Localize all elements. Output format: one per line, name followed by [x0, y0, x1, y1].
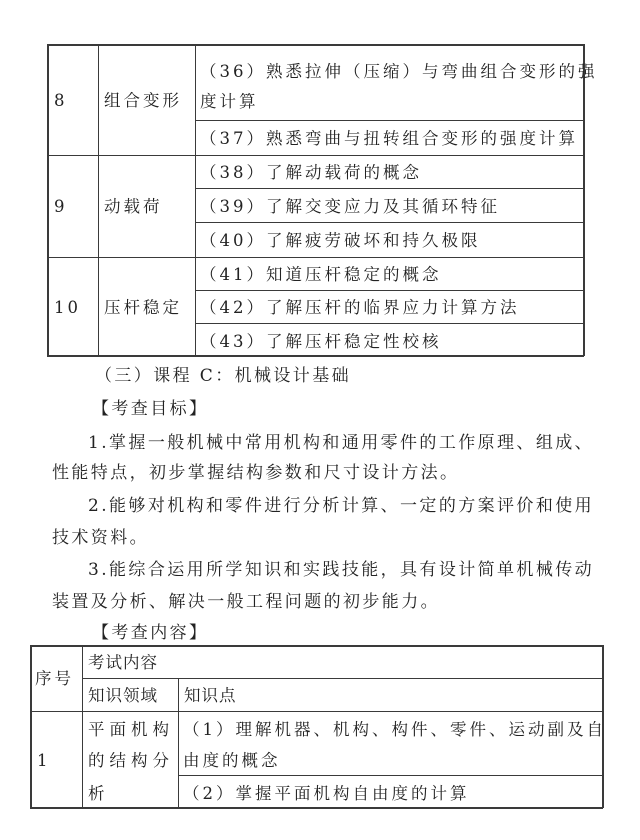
table-border [47, 44, 584, 46]
knowledge-point: 度计算 [200, 85, 259, 118]
header-knowledge-points: 知识点 [184, 679, 237, 712]
objective-item: 性能特点，初步掌握结构参数和尺寸设计方法。 [52, 456, 459, 490]
knowledge-domain: 的结构分 [88, 744, 174, 777]
knowledge-point: （42）了解压杆的临界应力计算方法 [200, 291, 520, 324]
table-border [82, 645, 83, 808]
table-border [30, 645, 32, 808]
objective-item: 装置及分析、解决一般工程问题的初步能力。 [52, 585, 440, 619]
knowledge-point: 由度的概念 [183, 744, 281, 777]
knowledge-point: （36）熟悉拉伸（压缩）与弯曲组合变形的强 [200, 55, 598, 88]
knowledge-point: （41）知道压杆稳定的概念 [200, 258, 442, 291]
header-knowledge-domain: 知识领域 [88, 679, 158, 712]
row-number: 8 [54, 84, 68, 117]
objectives-title: 【考查目标】 [92, 392, 208, 426]
knowledge-domain: 平面机构 [88, 713, 174, 746]
knowledge-domain: 动载荷 [104, 190, 163, 223]
row-number: 10 [54, 291, 81, 324]
table-border [583, 44, 585, 356]
knowledge-domain: 析 [88, 777, 108, 810]
header-row-number: 序号 [35, 662, 74, 695]
knowledge-point: （39）了解交变应力及其循环特征 [200, 190, 500, 223]
knowledge-domain: 压杆稳定 [104, 291, 182, 324]
cell-divider [195, 120, 584, 121]
objective-item: 3.能综合运用所学知识和实践技能，具有设计简单机械传动 [88, 553, 594, 587]
objective-item: 2.能够对机构和零件进行分析计算、一定的方案评价和使用 [88, 489, 594, 523]
knowledge-point: （43）了解压杆稳定性校核 [200, 325, 442, 358]
objective-item: 1.掌握一般机械中常用机构和通用零件的工作原理、组成、 [88, 426, 594, 460]
knowledge-point: （37）熟悉弯曲与扭转组合变形的强度计算 [200, 122, 578, 155]
table-border [47, 44, 49, 356]
knowledge-point: （38）了解动载荷的概念 [200, 156, 422, 189]
table-border [178, 678, 179, 808]
knowledge-point: （40）了解疲劳破坏和持久极限 [200, 224, 481, 257]
header-exam-content: 考试内容 [88, 646, 158, 679]
row-number: 1 [37, 744, 51, 777]
row-number: 9 [54, 190, 68, 223]
table-border [98, 44, 99, 356]
header-divider [82, 678, 603, 679]
objective-item: 技术资料。 [52, 521, 149, 555]
section-heading: （三）课程 C：机械设计基础 [95, 359, 351, 393]
knowledge-point: （2）掌握平面机构自由度的计算 [183, 777, 470, 810]
knowledge-domain: 组合变形 [104, 84, 182, 117]
table-border [195, 44, 196, 356]
knowledge-point: （1）理解机器、机构、构件、零件、运动副及自 [183, 713, 606, 746]
